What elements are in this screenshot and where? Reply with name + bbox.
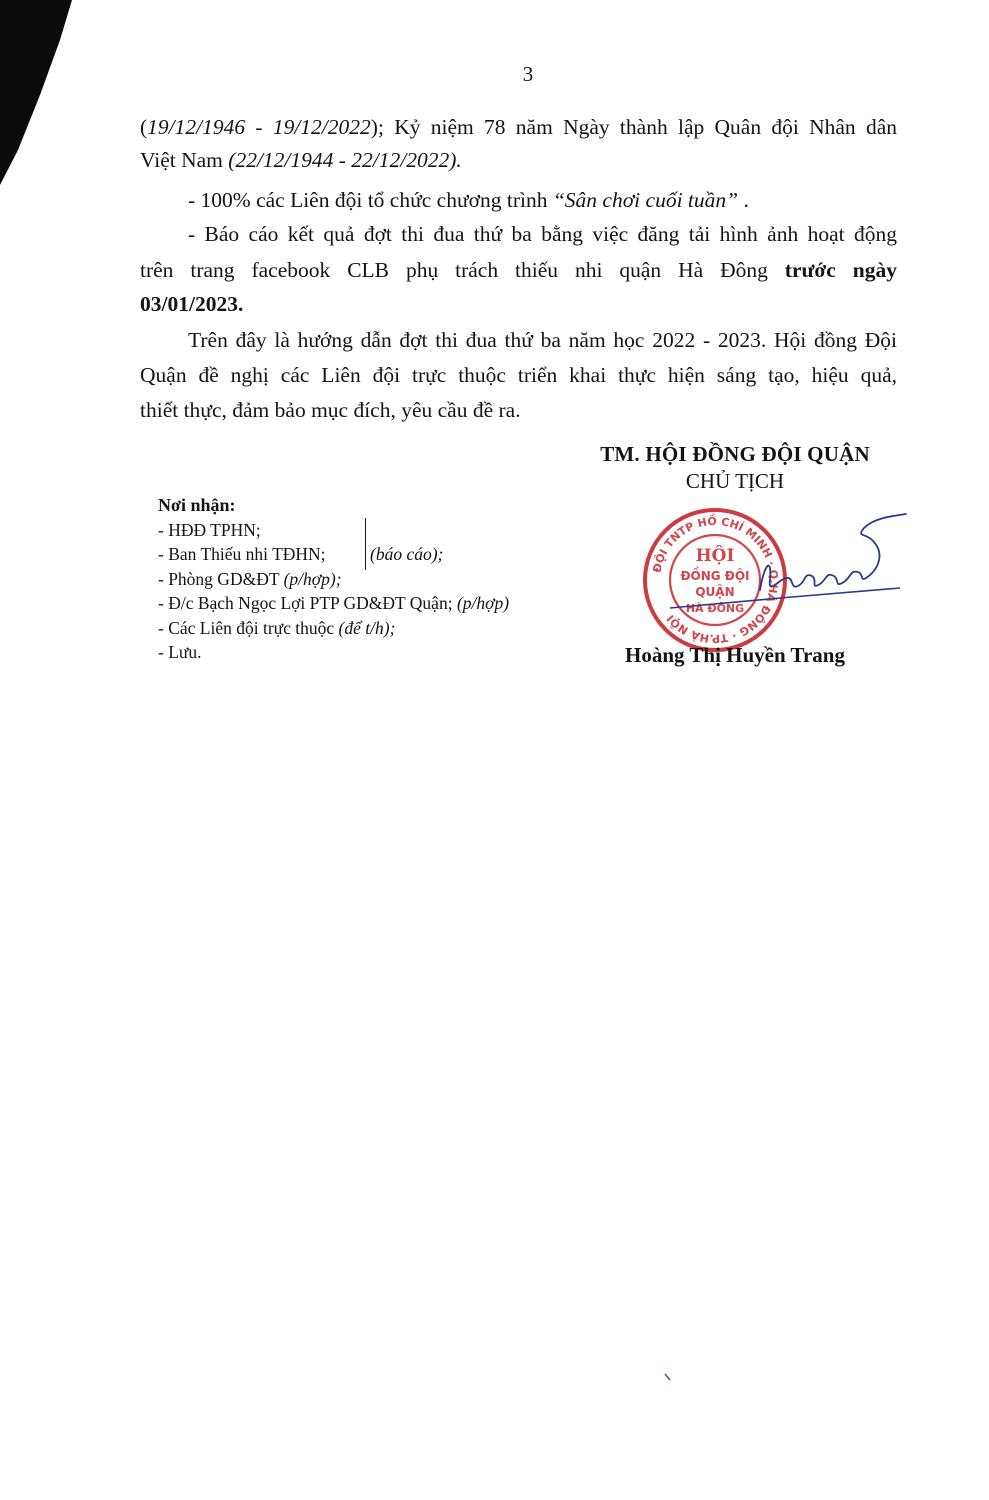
closing-line: Quận đề nghị các Liên đội trực thuộc tri… [140,358,897,393]
signer-name: Hoàng Thị Huyền Trang [590,643,880,668]
closing-line: Trên đây là hướng dẫn đợt thi đua thứ ba… [140,323,897,358]
page-number: 3 [0,62,989,87]
bullet-report-line: trên trang facebook CLB phụ trách thiếu … [140,253,897,288]
scan-speck [664,1373,672,1381]
signature-block: TM. HỘI ĐỒNG ĐỘI QUẬN CHỦ TỊCH [585,442,885,494]
recipient-item: - Lưu. [158,640,509,665]
scan-edge-shadow [0,0,80,200]
signing-organization: TM. HỘI ĐỒNG ĐỘI QUẬN [585,442,885,467]
paragraph-line: Việt Nam (22/12/1944 - 22/12/2022). [140,143,462,178]
recipient-item: - Đ/c Bạch Ngọc Lợi PTP GD&ĐT Quận; (p/h… [158,591,509,616]
handwritten-signature-icon [660,510,910,620]
army-anniversary-dates: (22/12/1944 - 22/12/2022). [228,148,462,172]
recipient-item: - Phòng GD&ĐT (p/hợp); [158,567,509,592]
recipient-item: - Các Liên đội trực thuộc (để t/h); [158,616,509,641]
recipient-item: - HĐĐ TPHN; [158,518,509,543]
bullet-weekend-playground: - 100% các Liên đội tổ chức chương trình… [140,183,749,218]
program-name: “Sân chơi cuối tuần” [553,188,738,212]
closing-line: thiết thực, đảm bảo mục đích, yêu cầu đề… [140,393,521,428]
recipients-block: Nơi nhận: - HĐĐ TPHN; - Ban Thiếu nhi TĐ… [158,493,509,665]
bullet-report-line: - Báo cáo kết quả đợt thi đua thứ ba bằn… [140,217,897,252]
deadline-date: 03/01/2023. [140,287,243,322]
deadline-label: trước ngày [785,258,897,282]
signer-role: CHỦ TỊCH [585,469,885,494]
recipients-bracket [365,518,366,570]
recipients-title: Nơi nhận: [158,493,509,518]
recipient-item: - Ban Thiếu nhi TĐHN; [158,542,509,567]
paragraph-line: (19/12/1946 - 19/12/2022); Kỷ niệm 78 nă… [140,110,897,145]
anniversary-dates: 19/12/1946 - 19/12/2022 [147,115,371,139]
group-note: (báo cáo); [370,542,443,567]
